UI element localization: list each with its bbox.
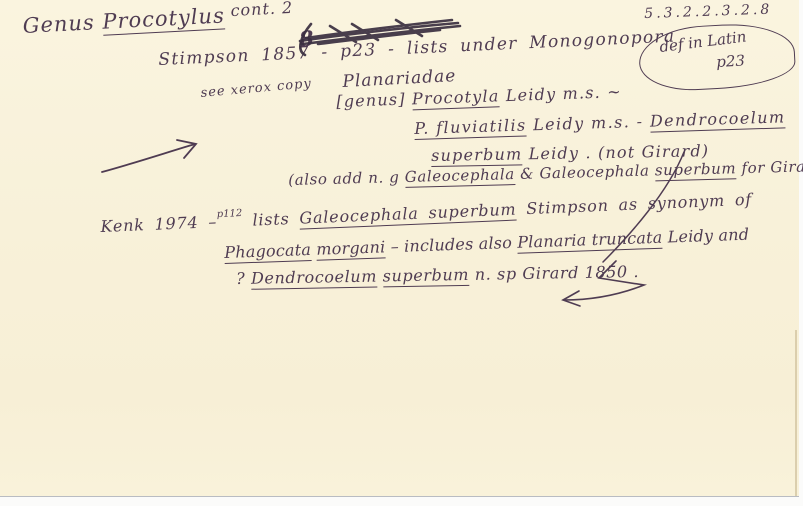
fluviatilis-middle: Leidy m.s. - bbox=[526, 112, 650, 135]
kenk-prefix: Kenk 1974 – bbox=[100, 212, 217, 236]
phagocata-genus: Phagocata bbox=[224, 240, 311, 264]
phagocata-species: morgani bbox=[316, 237, 386, 260]
card-edge-shadow bbox=[795, 330, 797, 496]
stimpson-line: Stimpson 1857 - p23 - lists under Monogo… bbox=[158, 27, 676, 70]
phagocata-planaria: Planaria truncata bbox=[517, 228, 663, 254]
dendrocoelum-q: ? bbox=[236, 269, 251, 288]
also-add-galeocephala: Galeocephala bbox=[405, 165, 516, 188]
kenk-suffix: Stimpson as synonym of bbox=[516, 190, 752, 219]
phagocata-middle: – includes also bbox=[385, 233, 518, 257]
phagocata-suffix: Leidy and bbox=[662, 225, 749, 247]
index-card: Genus Procotylus cont. 2 5.3.2.2.3.2.8 8… bbox=[0, 0, 799, 497]
also-add-superbum: superbum bbox=[655, 159, 737, 181]
dendrocoelum-suffix: n. sp Girard 1850 . bbox=[469, 262, 639, 284]
genus-entry-name: Procotyla bbox=[412, 86, 500, 110]
genus-entry-bracket: [genus] bbox=[336, 89, 412, 111]
kenk-taxon: Galeocephala superbum bbox=[299, 200, 517, 230]
also-add-middle: & Galeocephala bbox=[515, 161, 656, 183]
classification-number: 5.3.2.2.3.2.8 bbox=[644, 2, 773, 22]
dendrocoelum-line: ? Dendrocoelum superbum n. sp Girard 185… bbox=[236, 262, 639, 288]
dendrocoelum-species: superbum bbox=[383, 265, 470, 288]
fluviatilis-genus2: Dendrocoelum bbox=[650, 107, 786, 132]
also-add-prefix: (also add n. g bbox=[288, 168, 405, 189]
stimpson-line-prefix: Stimpson 1857 - p23 - lists under bbox=[158, 33, 530, 70]
superbum-species: superbum bbox=[431, 144, 523, 167]
genus-heading-label: Genus bbox=[22, 10, 103, 38]
genus-heading-cont: cont. 2 bbox=[224, 0, 294, 20]
genus-entry-suffix: Leidy m.s. ~ bbox=[499, 82, 622, 105]
genus-heading-name: Procotylus bbox=[102, 3, 226, 35]
dendrocoelum-gap bbox=[377, 266, 383, 285]
genus-heading: Genus Procotylus cont. 2 bbox=[22, 0, 294, 38]
scan-background: Genus Procotylus cont. 2 5.3.2.2.3.2.8 8… bbox=[0, 0, 803, 506]
kenk-page-ref: p112 bbox=[217, 208, 243, 220]
dendrocoelum-genus: Dendrocoelum bbox=[251, 267, 377, 290]
see-xerox-note: see xerox copy bbox=[200, 76, 312, 101]
fluviatilis-line: P. fluviatilis Leidy m.s. - Dendrocoelum bbox=[414, 107, 786, 138]
phagocata-line: Phagocata morgani – includes also Planar… bbox=[224, 225, 749, 262]
fluviatilis-species: P. fluviatilis bbox=[414, 115, 527, 140]
also-add-suffix: for Girard's sp. bbox=[736, 156, 803, 177]
def-note-line2: p23 bbox=[716, 52, 746, 71]
kenk-middle: lists bbox=[242, 209, 300, 230]
